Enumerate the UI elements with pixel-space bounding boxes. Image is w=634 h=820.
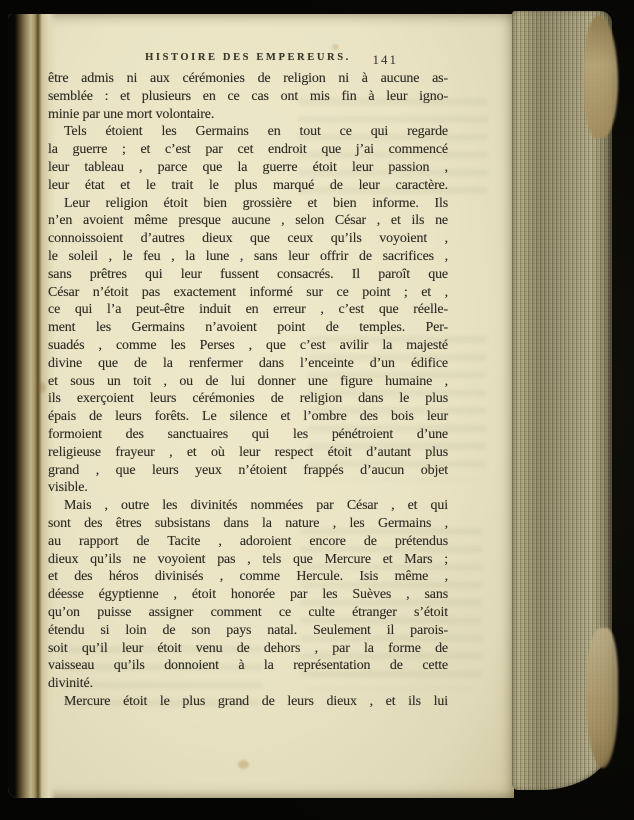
text-line: connoissoient d’autres dieux que ceux qu… [48,230,448,248]
text-line: qu’on puisse assigner comment ce culte é… [48,604,448,622]
text-line: ment les Germains n’avoient point de tem… [48,319,448,337]
body-text: être admis ni aux cérémonies de religion… [48,70,448,711]
text-line: suadés , comme les Perses , que c’est av… [48,337,448,355]
text-line: Leur religion étoit bien grossière et bi… [48,195,448,213]
text-line: sont des êtres subsistans dans la nature… [48,515,448,533]
paragraph: Mercure étoit le plus grand de leurs die… [48,693,448,711]
text-line: soit qu’il leur étoit venu de dehors , p… [48,640,448,658]
text-line: leur tableau , parce que la guerre étoit… [48,159,448,177]
text-line: être admis ni aux cérémonies de religion… [48,70,448,88]
text-line: semblée : et plusieurs en ce cas ont mis… [48,88,448,106]
text-line: étendu si loin de son pays natal. Seulem… [48,622,448,640]
paragraph: être admis ni aux cérémonies de religion… [48,70,448,123]
paragraph: Mais , outre les divinités nommées par C… [48,497,448,693]
page-header: HISTOIRE DES EMPEREURS. 141 [48,52,448,70]
folio-page-number: 141 [373,52,399,68]
text-line: visible. [48,479,448,497]
text-line: grand , que leurs yeux n’étoient frappés… [48,462,448,480]
text-line: Mercure étoit le plus grand de leurs die… [48,693,448,711]
fore-edge-top-wear [584,16,618,138]
text-line: formoient des sanctuaires qui les pénétr… [48,426,448,444]
text-line: le soleil , le feu , la lune , sans leur… [48,248,448,266]
text-line: et sous un toit , ou de lui donner une f… [48,373,448,391]
text-line: minie par une mort volontaire. [48,106,448,124]
text-line: vaisseau qu’ils donnoient à la représent… [48,657,448,675]
text-line: au rapport de Tacite , adoroient encore … [48,533,448,551]
text-line: ils exerçoient leurs cérémonies de relig… [48,390,448,408]
book-scan: HISTOIRE DES EMPEREURS. 141 être admis n… [0,0,634,820]
foxing-spot [332,44,339,50]
text-line: dieux qu’ils ne voyoient pas , tels que … [48,551,448,569]
text-line: la guerre ; et c’est par cet endroit que… [48,141,448,159]
paragraph: Leur religion étoit bien grossière et bi… [48,195,448,498]
foxing-spot [238,760,249,769]
text-line: Mais , outre les divinités nommées par C… [48,497,448,515]
text-line: religieuse frayeur , et où leur respect … [48,444,448,462]
foxing-spot [38,382,46,393]
text-line: Tels étoient les Germains en tout ce qui… [48,123,448,141]
paragraph: Tels étoient les Germains en tout ce qui… [48,123,448,194]
text-line: déesse égyptienne , étoit honorée par le… [48,586,448,604]
text-line: leur état et le trait le plus marqué de … [48,177,448,195]
fore-edge-bottom-wear [586,628,618,768]
text-column: HISTOIRE DES EMPEREURS. 141 être admis n… [48,52,448,711]
text-line: épais de leurs forêts. Le silence et l’o… [48,408,448,426]
text-line: divine que de la renfermer dans l’encein… [48,355,448,373]
text-line: divinité. [48,675,448,693]
text-line: ce qui l’a peut-être induit en erreur , … [48,301,448,319]
text-line: sans prêtres qui leur fussent consacrés.… [48,266,448,284]
text-line: César n’étoit pas exactement informé sur… [48,284,448,302]
text-line: et des héros divinisés , comme Hercule. … [48,568,448,586]
text-line: n’en avoient même presque aucune , selon… [48,212,448,230]
